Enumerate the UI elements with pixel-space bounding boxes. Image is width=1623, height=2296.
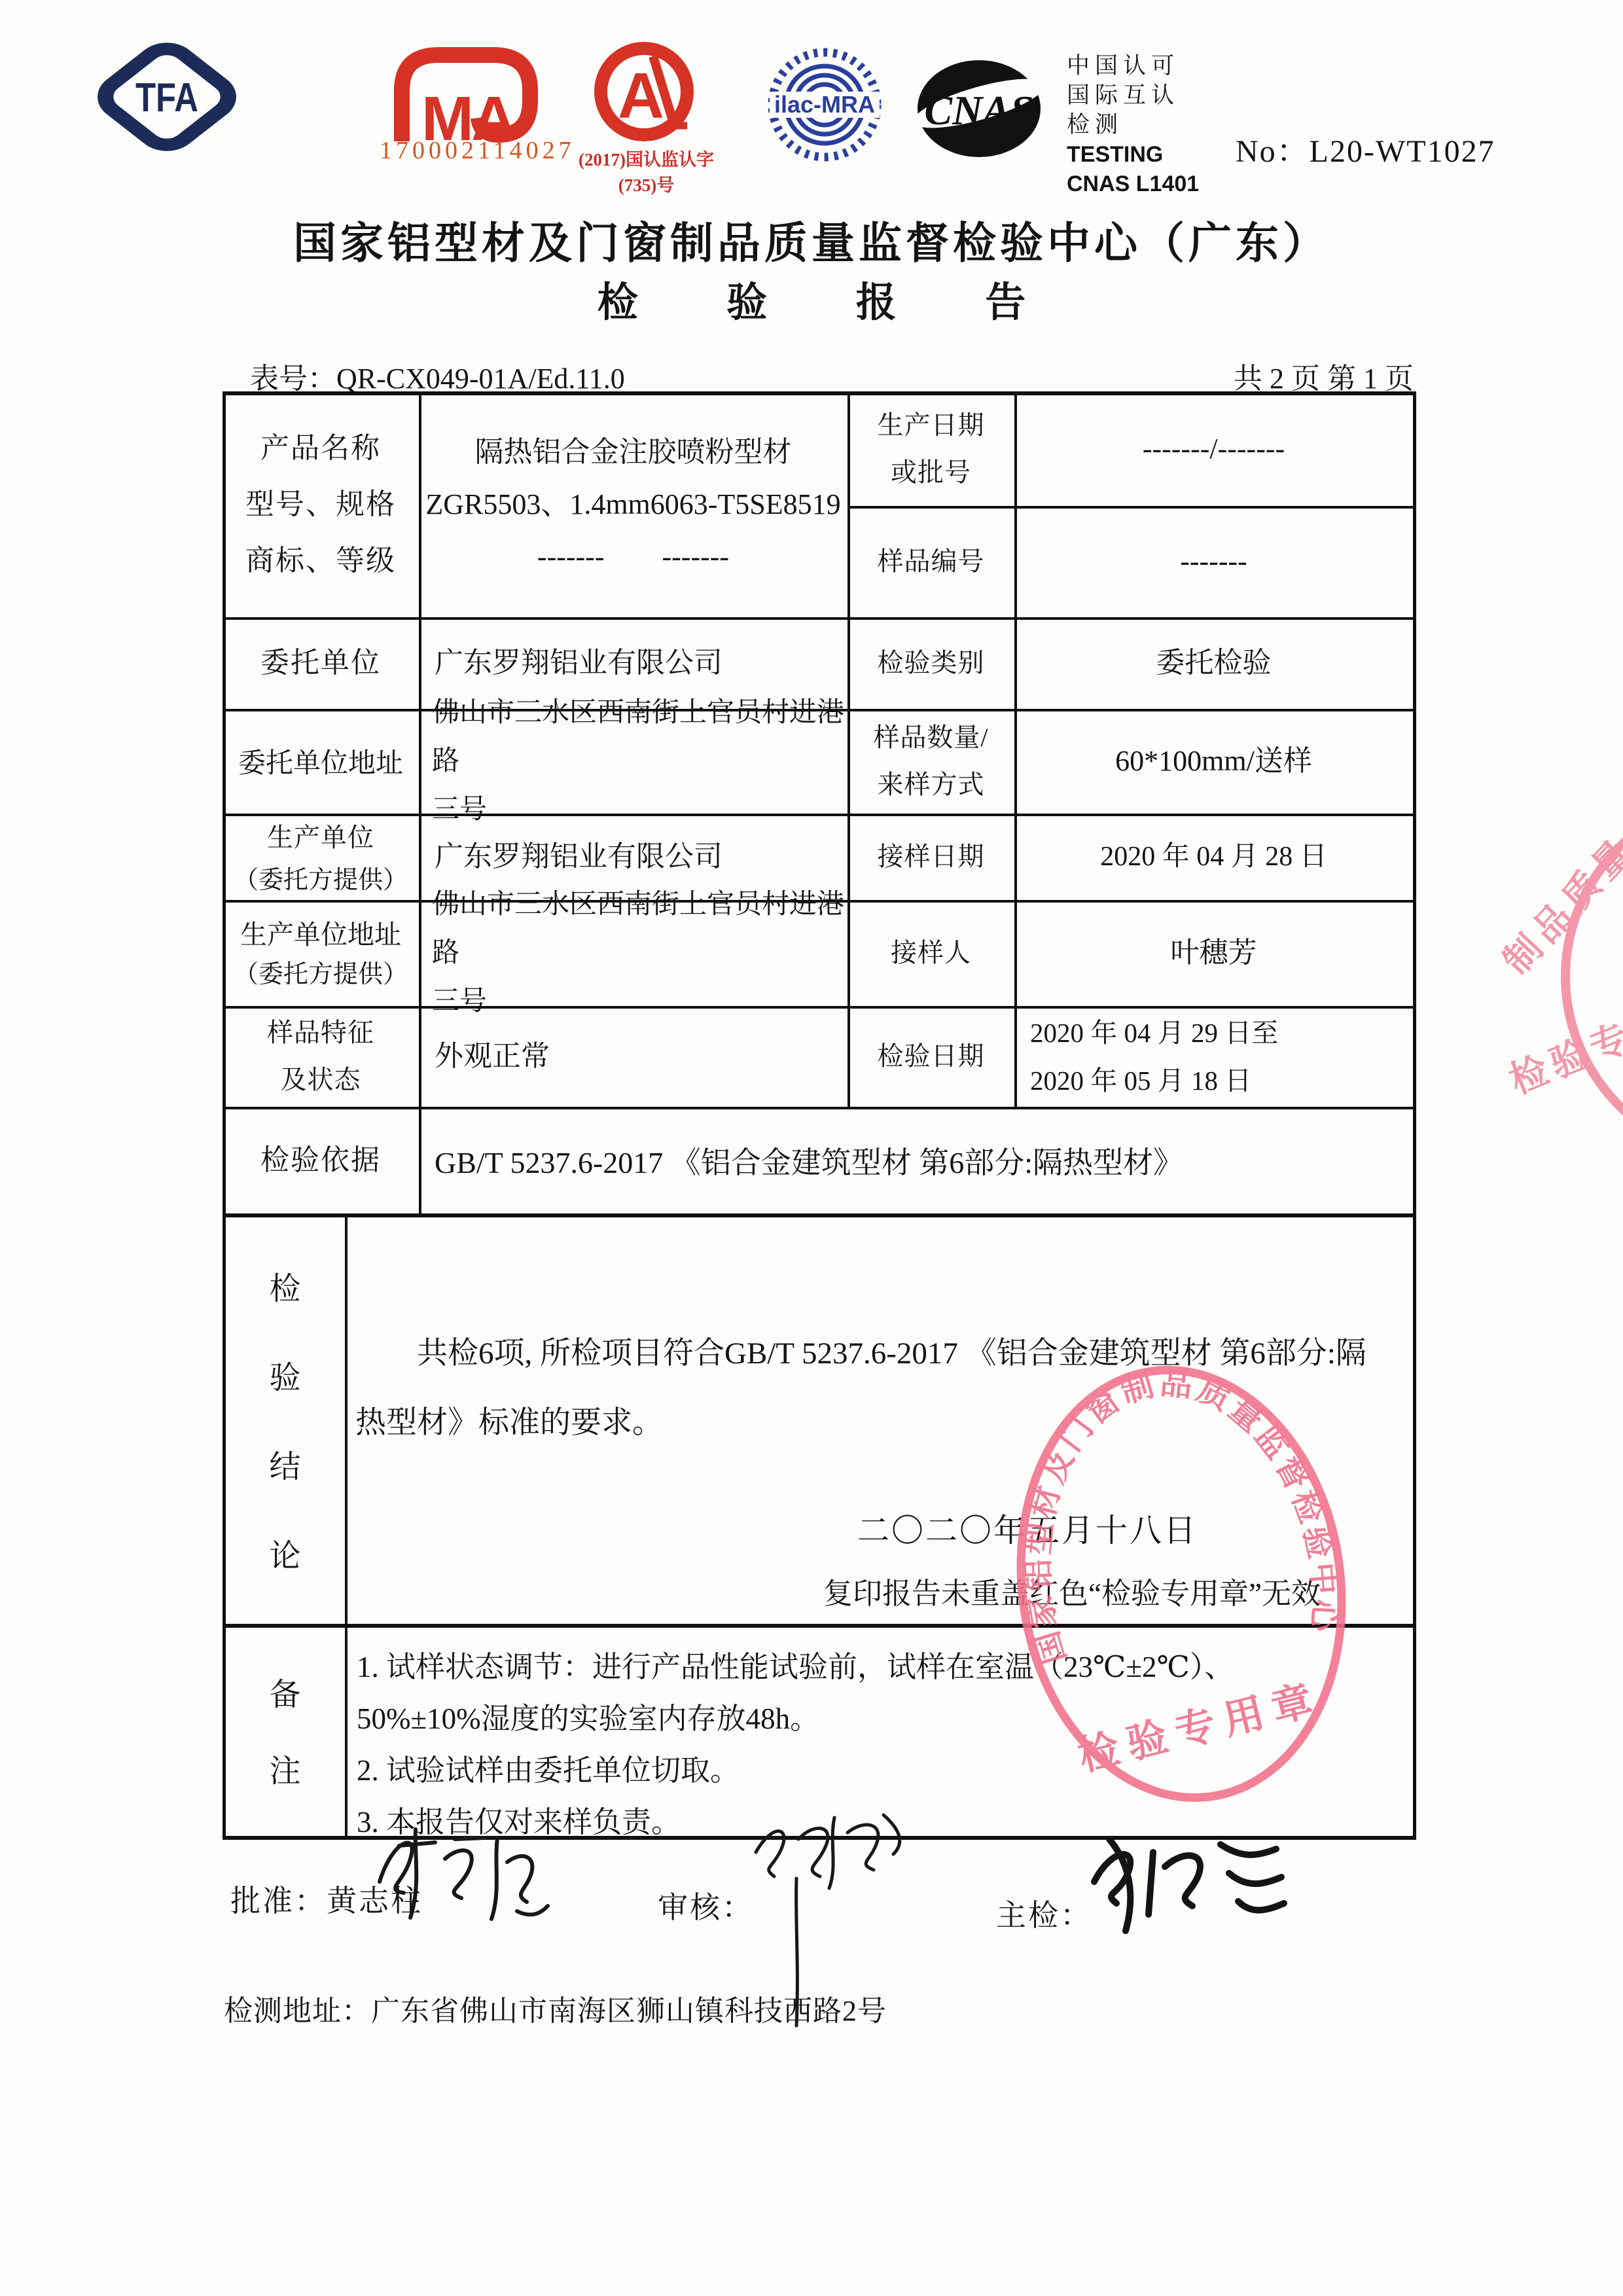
cell-receive-date-value: 2020 年 04 月 28 日 [1017,816,1410,897]
cnas-caption-line: 中国认可 [1067,51,1199,81]
value-line: ZGR5503、1.4mm6063-T5SE8519 [425,478,840,531]
label-line: 样品编号 [878,538,985,585]
cnas-testing-label: TESTING [1067,139,1199,170]
official-stamp: 国家铝型材及门窗制品质量监督检验中心（广东） 检验专用章 [981,1333,1382,1835]
cnas-text: CNAS [924,87,1033,134]
label-line: 样品数量/ [873,714,988,761]
cell-inspection-date-label: 检验日期 [850,1009,1012,1104]
cell-inspection-date-value: 2020 年 04 月 29 日至 2020 年 05 月 18 日 [1030,1009,1413,1104]
value-line: 2020 年 04 月 28 日 [1100,833,1327,881]
pagination: 共 2 页 第 1 页 [1152,355,1414,397]
cell-producer-address-label: 生产单位地址 （委托方提供） [225,903,416,1003]
inspection-report-page: TFA MA 170002114027 A (2017)国认监认字(735)号 … [0,0,1623,2296]
tfa-logo: TFA [92,38,242,156]
form-number: 表号：QR-CX049-01A/Ed.11.0 [250,355,625,397]
report-number: No：L20-WT1027 [1236,126,1495,171]
cal-logo: A [575,39,717,145]
cnas-caption-line: 国际互认 [1067,81,1199,110]
label-line: 接样日期 [878,833,985,880]
cell-product-label: 产品名称 型号、规格 商标、等级 [225,394,416,615]
label-line: 检验依据 [260,1132,381,1189]
value-line: 广东罗翔铝业有限公司 [435,831,722,883]
value-line: 2020 年 05 月 18 日 [1030,1060,1251,1101]
cell-production-date-label: 生产日期 或批号 [850,394,1012,503]
cell-receiver-value: 叶穗芳 [1017,903,1410,1003]
label-line: 来样方式 [878,761,985,808]
lab-address: 检测地址：广东省佛山市南海区狮山镇科技西路2号 [224,1987,887,2029]
grid-line [345,1213,348,1837]
cell-inspection-type-label: 检验类别 [850,620,1012,706]
ilac-mra-logo: ilac-MRA [766,46,883,164]
label-line: 或批号 [891,449,971,496]
cell-producer-address-value: 佛山市三水区西南街上官员村进港路 三号 [432,903,845,1003]
cnas-logo: CNAS [904,58,1055,161]
value-line: -------/------- [1143,423,1285,475]
cell-inspection-type-value: 委托检验 [1017,620,1410,706]
label-line: 商标、等级 [245,533,396,589]
cell-inspection-basis-value: GB/T 5237.6-2017 《铝合金建筑型材 第6部分:隔热型材》 [435,1109,1410,1211]
label-char: 检 [269,1263,300,1308]
tfa-text: TFA [135,75,198,120]
cell-producer-label: 生产单位 （委托方提供） [225,816,416,897]
cell-sample-no-label: 样品编号 [850,509,1012,615]
label-line: （委托方提供） [234,956,408,993]
cnas-caption: 中国认可 国际互认 检测 TESTING CNAS L1401 [1067,51,1199,198]
value-line: 叶穗芳 [1171,927,1257,979]
cell-sample-qty-label: 样品数量/ 来样方式 [850,711,1012,811]
cell-receiver-label: 接样人 [850,903,1012,1003]
label-line: 样品特征 [267,1009,374,1056]
cell-client-label: 委托单位 [225,620,416,706]
label-char: 结 [269,1441,300,1486]
label-line: 及状态 [281,1056,361,1103]
cell-sample-feature-label: 样品特征 及状态 [225,1009,416,1104]
cell-remarks-label: 备 注 [228,1624,342,1836]
approve-signature [363,1820,553,1944]
value-line: 外观正常 [435,1030,550,1083]
cell-production-date-value: -------/------- [1017,394,1410,503]
cell-sample-feature-value: 外观正常 [435,1009,845,1104]
label-line: 接样人 [891,929,971,977]
label-char: 注 [269,1746,300,1791]
label-line: 检验日期 [878,1033,985,1080]
inspect-label: 主检： [996,1892,1092,1935]
label-line: 型号、规格 [245,476,396,533]
cell-product-value: 隔热铝合金注胶喷粉型材 ZGR5503、1.4mm6063-T5SE8519 -… [421,394,845,615]
inspect-signature [1080,1826,1296,1944]
stamp-center-text: 检验专用章 [1074,1676,1326,1780]
label-line: 检验类别 [878,639,985,687]
cell-sample-no-value: ------- [1017,509,1410,615]
cell-client-address-value: 佛山市三水区西南街上官员村进港路 三号 [432,711,845,811]
cell-sample-qty-value: 60*100mm/送样 [1017,711,1410,811]
value-line: 广东罗翔铝业有限公司 [435,637,722,689]
cma-number: 170002114027 [380,136,550,165]
svg-text:国家铝型材及门窗制品质量监督检验中心（广东）: 国家铝型材及门窗制品质量监督检验中心（广东） [981,1333,1350,1683]
value-line: GB/T 5237.6-2017 《铝合金建筑型材 第6部分:隔热型材》 [435,1139,1183,1182]
cell-inspection-basis-label: 检验依据 [225,1109,416,1211]
value-line: 佛山市三水区西南街上官员村进港路 [432,689,845,785]
grid-line [223,1213,1416,1217]
label-char: 验 [269,1352,300,1397]
cell-client-address-label: 委托单位地址 [225,711,416,811]
cnas-caption-line: 检测 [1067,110,1199,139]
label-line: 生产单位 [267,814,374,861]
label-char: 论 [269,1530,300,1575]
label-line: （委托方提供） [234,861,408,899]
cma-text: MA [421,84,515,143]
value-line: 60*100mm/送样 [1115,735,1312,787]
stamp-ring-text: 国家铝型材及门窗制品质量监督检验中心（广东） [981,1333,1350,1683]
cell-receive-date-label: 接样日期 [850,816,1012,897]
cell-conclusion-label: 检 验 结 论 [228,1216,342,1623]
partial-stamp: 制品质量 检验专 [1500,819,1623,1134]
report-title: 国家铝型材及门窗制品质量监督检验中心（广东） [0,208,1623,270]
label-line: 生产单位地址 [240,913,401,956]
value-line: ------- ------- [537,531,729,583]
label-line: 生产日期 [878,402,985,449]
value-line: 2020 年 04 月 29 日至 [1030,1013,1278,1053]
cal-caption: (2017)国认监认字(735)号 [560,145,733,196]
ilac-text: ilac-MRA [774,91,875,118]
label-line: 委托单位地址 [238,742,403,781]
label-line: 委托单位 [260,635,381,691]
label-line: 产品名称 [260,420,381,476]
value-line: 委托检验 [1156,637,1272,689]
report-subtitle: 检 验 报 告 [0,270,1623,328]
value-line: 佛山市三水区西南街上官员村进港路 [432,880,845,977]
cma-logo: MA [387,45,544,143]
partial-stamp-top-text: 制品质量 [1500,829,1623,982]
value-line: ------- [1180,535,1247,588]
value-line: 隔热铝合金注胶喷粉型材 [475,426,792,478]
cnas-code: CNAS L1401 [1067,170,1199,198]
label-char: 备 [269,1669,300,1714]
grid-line [1413,391,1416,1839]
